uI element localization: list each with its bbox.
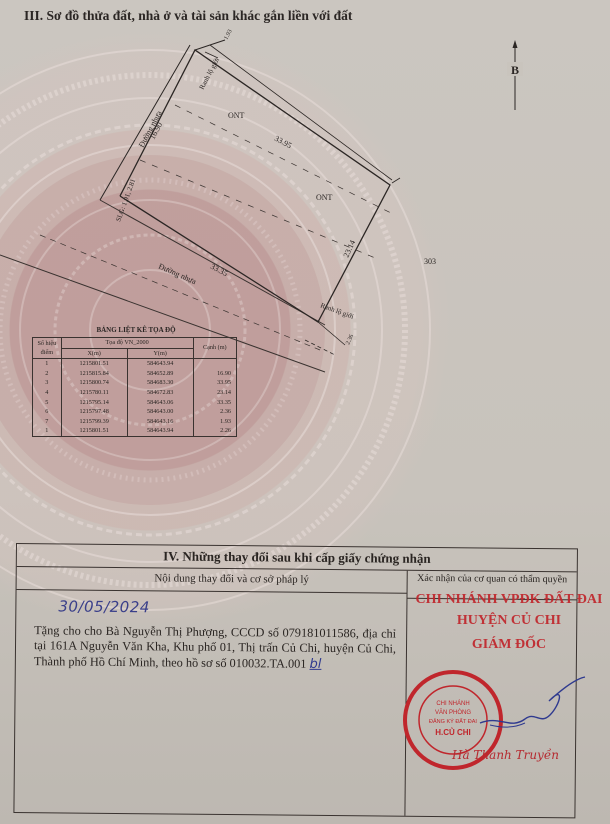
coord-cell-x: 1215801.51 (61, 359, 127, 369)
coord-cell-length: 1.93 (193, 417, 236, 427)
change-content-header: Nội dung thay đổi và cơ sở pháp lý (17, 567, 407, 594)
table-row: 71215799.39584643.161.93 (33, 417, 237, 427)
officer-initials: bl (309, 656, 321, 671)
coord-cell-point: 2 (33, 369, 62, 379)
coord-cell-point: 3 (33, 378, 62, 388)
coord-cell-y: 584643.00 (127, 407, 193, 417)
coord-cell-length: 2.26 (193, 426, 236, 436)
table-row: 41215780.11584672.8323.14 (33, 388, 237, 398)
coord-cell-y: 584672.83 (127, 388, 193, 398)
coord-cell-length: 33.35 (193, 398, 236, 408)
coord-cell-length: 2.36 (193, 407, 236, 417)
coord-cell-x: 1215799.39 (61, 417, 127, 427)
header-system: Tọa độ VN_2000 (61, 338, 193, 349)
coord-cell-point: 6 (33, 407, 62, 417)
coord-cell-length (193, 359, 236, 369)
table-row: 21215815.84584652.8916.90 (33, 369, 237, 379)
stamp-office-name: CHI NHÁNH VPĐK ĐẤT ĐAI (404, 592, 610, 608)
north-arrow-icon: B (505, 40, 525, 110)
coord-cell-y: 584652.89 (127, 369, 193, 379)
edge-length-label: 1.93 (223, 29, 233, 41)
coord-cell-length: 33.95 (193, 378, 236, 388)
coord-cell-x: 1215797.48 (61, 407, 127, 417)
seal-text: CHI NHÁNH (436, 700, 469, 707)
boundary-label: Ranh lộ giới (198, 56, 221, 91)
table-row: 61215797.48584643.002.36 (33, 407, 237, 417)
north-label: B (511, 63, 519, 77)
coord-cell-x: 1215801.51 (61, 426, 127, 436)
change-description: Tặng cho cho Bà Nguyễn Thị Phượng, CCCD … (34, 623, 396, 672)
stamp-district: HUYỆN CỦ CHI (414, 613, 604, 629)
coord-cell-point: 1 (33, 359, 62, 369)
change-content-column: Nội dung thay đổi và cơ sở pháp lý 30/05… (14, 567, 407, 816)
road-label: Đường nhựa (157, 262, 198, 287)
stamp-title: GIÁM ĐỐC (414, 637, 604, 653)
change-text: Tặng cho cho Bà Nguyễn Thị Phượng, CCCD … (34, 623, 396, 670)
coord-cell-length: 23.14 (193, 388, 236, 398)
header-y: Y(m) (127, 348, 193, 359)
coord-cell-y: 584643.16 (127, 417, 193, 427)
header-point: Số hiệu điểm (33, 338, 62, 359)
coord-cell-point: 7 (33, 417, 62, 427)
edge-length-label: 33.95 (273, 134, 293, 150)
table-row: 11215801.51584643.942.26 (33, 426, 237, 436)
neighbor-parcel-number: 303 (424, 257, 436, 266)
table-row: 51215795.14584643.0633.35 (33, 398, 237, 408)
coord-cell-y: 584643.06 (127, 398, 193, 408)
coord-cell-length: 16.90 (193, 369, 236, 379)
signer-name: Hà Thanh Truyền (452, 748, 559, 762)
land-use-label: ONT (228, 111, 245, 120)
edge-length-label: 23.14 (342, 239, 358, 259)
table-row: 11215801.51584643.94 (33, 359, 237, 369)
edge-length-label: 2.36 (345, 334, 355, 346)
boundary-label: Ranh lộ giới (319, 301, 355, 320)
header-x: X(m) (61, 348, 127, 359)
coord-cell-point: 1 (33, 426, 62, 436)
seal-text: VĂN PHÒNG (435, 709, 471, 716)
coord-cell-y: 584643.94 (127, 359, 193, 369)
header-length: Cạnh (m) (193, 338, 236, 359)
coordinate-table: Số hiệu điểm Tọa độ VN_2000 Cạnh (m) X(m… (32, 337, 237, 437)
signature-icon (470, 675, 590, 745)
handwritten-date: 30/05/2024 (58, 597, 150, 616)
coord-cell-x: 1215780.11 (61, 388, 127, 398)
table-row: 31215800.74584683.3033.95 (33, 378, 237, 388)
coord-cell-y: 584643.94 (127, 426, 193, 436)
coord-cell-point: 4 (33, 388, 62, 398)
coordinate-table-block: BẢNG LIỆT KÊ TỌA ĐỘ Số hiệu điểm Tọa độ … (32, 326, 240, 437)
coord-cell-point: 5 (33, 398, 62, 408)
coord-cell-x: 1215800.74 (61, 378, 127, 388)
coordinate-table-title: BẢNG LIỆT KÊ TỌA ĐỘ (32, 326, 240, 334)
coord-cell-x: 1215795.14 (61, 398, 127, 408)
coord-cell-x: 1215815.84 (61, 369, 127, 379)
land-use-label: ONT (316, 193, 333, 202)
seal-text: H.CỦ CHI (435, 728, 471, 737)
coord-cell-y: 584683.30 (127, 378, 193, 388)
